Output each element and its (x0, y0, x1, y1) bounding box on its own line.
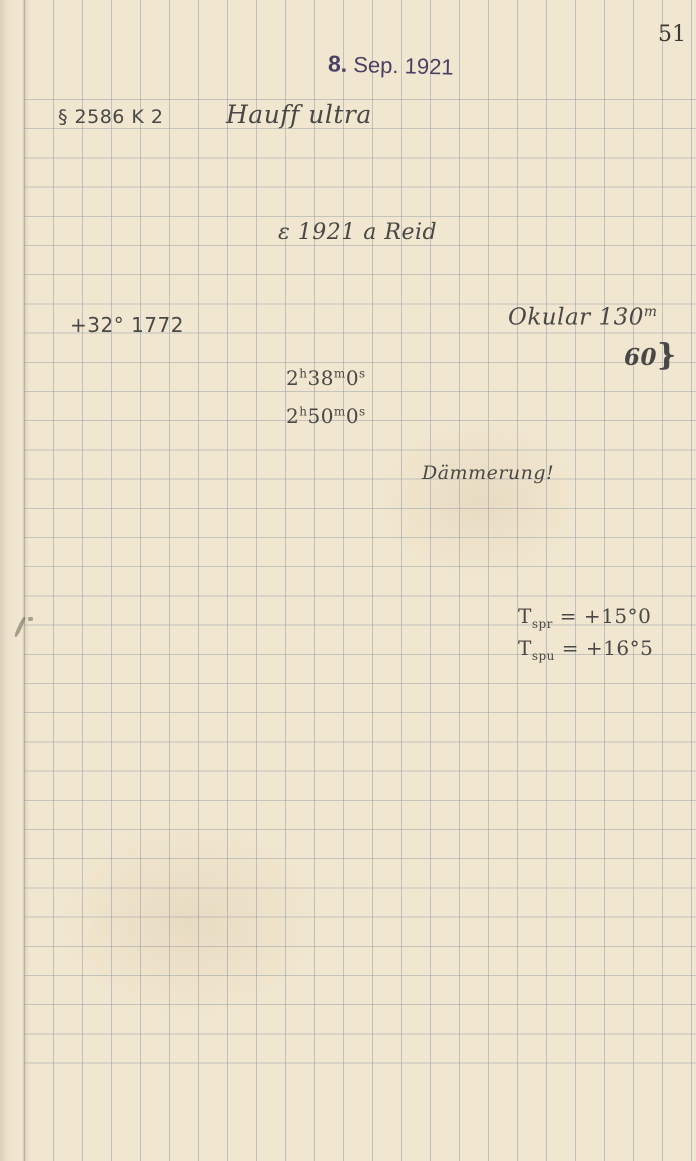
temp-1-sub: spr (532, 617, 553, 631)
eyepiece-value-1: 130 (598, 305, 643, 331)
time-2-minutes: 50 (307, 404, 333, 428)
temp-2-value: = +16°5 (562, 636, 654, 660)
time-2-hours: 2 (286, 404, 299, 428)
eyepiece-value-2-text: 60 (624, 344, 657, 371)
temp-1-label: T (518, 604, 532, 628)
eyepiece-text: Okular (508, 305, 591, 331)
time-entry-2: 2h50m0s (286, 404, 366, 428)
time-2-m-unit: m (334, 404, 346, 418)
twilight-remark: Dämmerung! (422, 462, 554, 484)
temp-2-label: T (518, 636, 532, 660)
stamp-day: 8. (328, 50, 348, 76)
temp-1-value: = +15°0 (560, 604, 652, 628)
comet-designation: ε 1921 a Reid (278, 220, 437, 245)
stamp-month-year: Sep. 1921 (353, 52, 454, 80)
time-2-s-unit: s (359, 404, 366, 418)
temperature-1: Tspr = +15°0 (518, 604, 651, 631)
eyepiece-label: Okular 130m (508, 304, 657, 331)
date-stamp: 8. Sep. 1921 (328, 50, 454, 80)
brace-icon: } (657, 338, 677, 373)
paper-stain (60, 820, 320, 1020)
notebook-page: 51 8. Sep. 1921 § 2586 K 2 Hauff ultra ε… (0, 0, 696, 1161)
temperature-2: Tspu = +16°5 (518, 636, 653, 663)
temp-2-sub: spu (532, 649, 555, 663)
time-1-s-unit: s (359, 366, 366, 380)
eyepiece-value-2: 60} (624, 338, 677, 373)
catalog-reference: § 2586 K 2 (58, 106, 164, 128)
ink-smudge (28, 617, 33, 621)
observer-note: Hauff ultra (226, 100, 372, 129)
time-1-seconds: 0 (346, 366, 359, 390)
time-1-hours: 2 (286, 366, 299, 390)
declination-zone: +32° 1772 (70, 313, 184, 337)
time-2-seconds: 0 (346, 404, 359, 428)
time-1-m-unit: m (334, 366, 346, 380)
time-entry-1: 2h38m0s (286, 366, 366, 390)
paper-stain (380, 420, 580, 580)
page-number: 51 (658, 22, 686, 47)
time-1-minutes: 38 (307, 366, 333, 390)
